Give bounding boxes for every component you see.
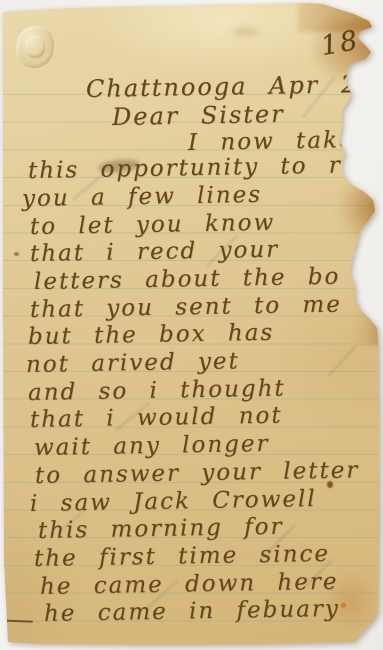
letter-line: to answer your letter — [35, 457, 360, 489]
letter-line: letters about the bo — [34, 264, 341, 295]
letter-line: that i recd your — [30, 237, 280, 267]
letter-line: and so i thought — [28, 375, 286, 405]
letter-line: but the box has — [28, 320, 275, 350]
letter-line: that you sent to me — [30, 291, 342, 322]
letter-line: i saw Jack Crowell — [30, 485, 317, 516]
letter-line: the first time since — [34, 541, 330, 572]
year-fragment: 18 — [319, 25, 362, 62]
letter-line: Chattnooga Apr 2 — [86, 70, 359, 103]
letter-line: wait any longer — [34, 431, 270, 461]
stray-pen-mark-letter: t — [0, 604, 5, 633]
paper-spot — [341, 603, 346, 608]
letter-line: Dear Sister — [112, 100, 285, 131]
letter-line: he came down here — [40, 568, 339, 599]
paper-spot — [233, 27, 259, 37]
letter-line: this opportunity to rit — [28, 152, 363, 184]
letter-line: to let you know — [30, 209, 276, 239]
letter-line: you a few lines — [22, 182, 262, 212]
pencil-smudge — [328, 345, 356, 376]
torn-edge-stain-mid — [337, 172, 383, 244]
letter-paper: 18 Chattnooga Apr 2Dear SisterI now take… — [0, 0, 383, 650]
letter-line: he came in febuary — [44, 596, 340, 627]
stray-pen-mark-bar — [0, 619, 33, 622]
embossed-seal-icon — [16, 26, 54, 68]
paper-spot — [14, 252, 19, 256]
letter-line: that i would not — [30, 403, 283, 433]
letter-line: not arived yet — [26, 348, 240, 378]
stray-pen-mark: t — [0, 604, 5, 633]
letter-paper-shadow: 18 Chattnooga Apr 2Dear SisterI now take… — [0, 0, 383, 650]
letter-line: this morning for — [38, 514, 284, 544]
scanned-letter: 18 Chattnooga Apr 2Dear SisterI now take… — [0, 0, 383, 650]
